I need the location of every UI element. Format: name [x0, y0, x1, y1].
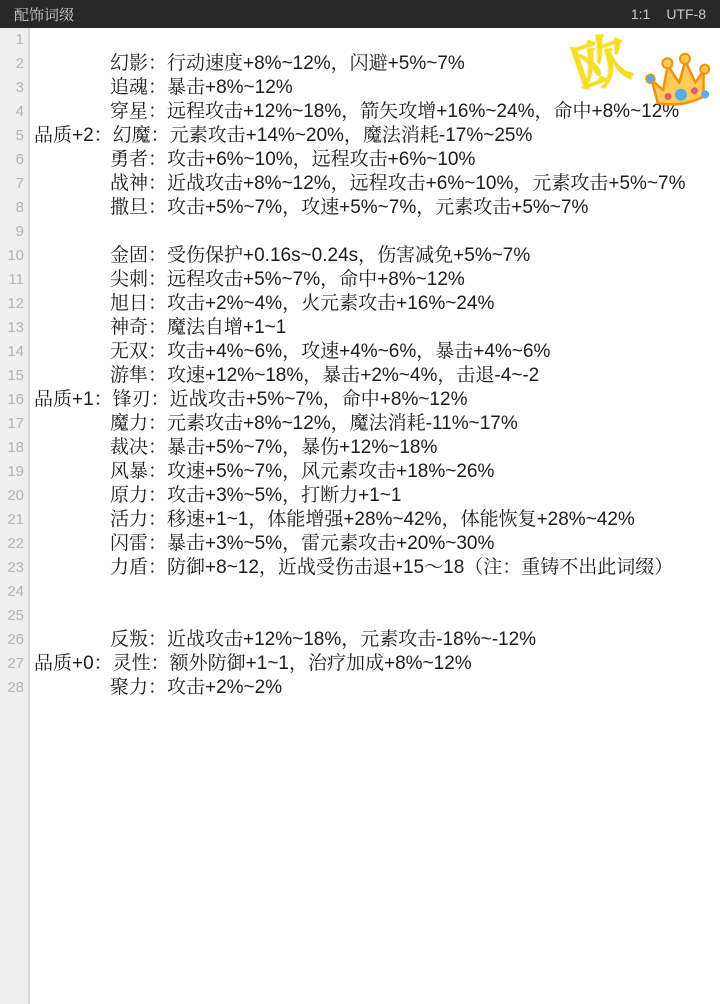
editor-line: 17 魔力：元素攻击+8%~12%，魔法消耗-11%~17%: [0, 412, 720, 436]
line-number: 20: [0, 484, 28, 508]
editor-line: 3 追魂：暴击+8%~12%: [0, 76, 720, 100]
editor-line: 11 尖刺：远程攻击+5%~7%，命中+8%~12%: [0, 268, 720, 292]
line-number: 11: [0, 268, 28, 292]
editor-lines: 1 2 幻影：行动速度+8%~12%，闪避+5%~7% 3 追魂：暴击+8%~1…: [0, 28, 720, 700]
line-number: 9: [0, 220, 28, 244]
line-number: 19: [0, 460, 28, 484]
editor-line: 22 闪雷：暴击+3%~5%，雷元素攻击+20%~30%: [0, 532, 720, 556]
editor-line: 1: [0, 28, 720, 52]
editor-line: 24: [0, 580, 720, 604]
editor-line: 25: [0, 604, 720, 628]
line-text: 裁决：暴击+5%~7%，暴伤+12%~18%: [28, 436, 437, 460]
line-text: 品质+1：锋刃：近战攻击+5%~7%，命中+8%~12%: [28, 388, 467, 412]
line-number: 18: [0, 436, 28, 460]
editor-line: 13 神奇：魔法自增+1~1: [0, 316, 720, 340]
line-number: 8: [0, 196, 28, 220]
editor-line: 21 活力：移速+1~1，体能增强+28%~42%，体能恢复+28%~42%: [0, 508, 720, 532]
editor-line: 12 旭日：攻击+2%~4%，火元素攻击+16%~24%: [0, 292, 720, 316]
editor-line: 5 品质+2：幻魔：元素攻击+14%~20%，魔法消耗-17%~25%: [0, 124, 720, 148]
line-text: 神奇：魔法自增+1~1: [28, 316, 286, 340]
line-number: 10: [0, 244, 28, 268]
line-number: 25: [0, 604, 28, 628]
line-text: 游隼：攻速+12%~18%，暴击+2%~4%，击退-4~-2: [28, 364, 539, 388]
editor-line: 27 品质+0：灵性：额外防御+1~1，治疗加成+8%~12%: [0, 652, 720, 676]
line-number: 6: [0, 148, 28, 172]
line-text: 魔力：元素攻击+8%~12%，魔法消耗-11%~17%: [28, 412, 518, 436]
titlebar: 配饰词缀 1:1 UTF-8: [0, 0, 720, 28]
line-text: 战神：近战攻击+8%~12%，远程攻击+6%~10%，元素攻击+5%~7%: [28, 172, 685, 196]
line-text: 无双：攻击+4%~6%，攻速+4%~6%，暴击+4%~6%: [28, 340, 550, 364]
editor-line: 9: [0, 220, 720, 244]
cursor-position-indicator: 1:1: [631, 6, 650, 22]
editor-line: 7 战神：近战攻击+8%~12%，远程攻击+6%~10%，元素攻击+5%~7%: [0, 172, 720, 196]
line-text: 风暴：攻速+5%~7%，风元素攻击+18%~26%: [28, 460, 494, 484]
line-number: 16: [0, 388, 28, 412]
line-number: 4: [0, 100, 28, 124]
line-text: 撒旦：攻击+5%~7%，攻速+5%~7%，元素攻击+5%~7%: [28, 196, 588, 220]
editor-line: 26 反叛：近战攻击+12%~18%，元素攻击-18%~-12%: [0, 628, 720, 652]
editor-line: 8 撒旦：攻击+5%~7%，攻速+5%~7%，元素攻击+5%~7%: [0, 196, 720, 220]
line-number: 21: [0, 508, 28, 532]
line-text: [28, 580, 34, 604]
editor-line: 14 无双：攻击+4%~6%，攻速+4%~6%，暴击+4%~6%: [0, 340, 720, 364]
line-text: 闪雷：暴击+3%~5%，雷元素攻击+20%~30%: [28, 532, 494, 556]
line-text: 活力：移速+1~1，体能增强+28%~42%，体能恢复+28%~42%: [28, 508, 635, 532]
status-indicators: 1:1 UTF-8: [631, 6, 706, 22]
editor-line: 28 聚力：攻击+2%~2%: [0, 676, 720, 700]
line-text: [28, 604, 34, 628]
line-number: 14: [0, 340, 28, 364]
line-number: 1: [0, 28, 28, 52]
line-text: 金固：受伤保护+0.16s~0.24s，伤害减免+5%~7%: [28, 244, 530, 268]
line-number: 17: [0, 412, 28, 436]
line-number: 5: [0, 124, 28, 148]
editor-line: 18 裁决：暴击+5%~7%，暴伤+12%~18%: [0, 436, 720, 460]
editor-area[interactable]: 1 2 幻影：行动速度+8%~12%，闪避+5%~7% 3 追魂：暴击+8%~1…: [0, 28, 720, 1004]
encoding-indicator: UTF-8: [666, 6, 706, 22]
editor-line: 2 幻影：行动速度+8%~12%，闪避+5%~7%: [0, 52, 720, 76]
line-number: 26: [0, 628, 28, 652]
line-text: 尖刺：远程攻击+5%~7%，命中+8%~12%: [28, 268, 465, 292]
line-number: 12: [0, 292, 28, 316]
line-number: 13: [0, 316, 28, 340]
line-number: 22: [0, 532, 28, 556]
line-text: 原力：攻击+3%~5%，打断力+1~1: [28, 484, 401, 508]
line-text: 力盾：防御+8~12，近战受伤击退+15～18（注：重铸不出此词缀）: [28, 556, 673, 580]
line-text: 幻影：行动速度+8%~12%，闪避+5%~7%: [28, 52, 465, 76]
line-text: 品质+0：灵性：额外防御+1~1，治疗加成+8%~12%: [28, 652, 472, 676]
editor-line: 20 原力：攻击+3%~5%，打断力+1~1: [0, 484, 720, 508]
line-text: 穿星：远程攻击+12%~18%，箭矢攻增+16%~24%，命中+8%~12%: [28, 100, 679, 124]
line-number: 7: [0, 172, 28, 196]
editor-line: 16 品质+1：锋刃：近战攻击+5%~7%，命中+8%~12%: [0, 388, 720, 412]
line-number: 27: [0, 652, 28, 676]
line-text: 勇者：攻击+6%~10%，远程攻击+6%~10%: [28, 148, 475, 172]
editor-line: 4 穿星：远程攻击+12%~18%，箭矢攻增+16%~24%，命中+8%~12%: [0, 100, 720, 124]
text-editor-app: 配饰词缀 1:1 UTF-8 1 2 幻影：行动速度+8%~12%，闪避+5%~…: [0, 0, 720, 1004]
line-number: 28: [0, 676, 28, 700]
line-number: 2: [0, 52, 28, 76]
line-text: 反叛：近战攻击+12%~18%，元素攻击-18%~-12%: [28, 628, 536, 652]
line-text: [28, 28, 34, 52]
line-number: 3: [0, 76, 28, 100]
editor-line: 6 勇者：攻击+6%~10%，远程攻击+6%~10%: [0, 148, 720, 172]
line-text: [28, 220, 34, 244]
editor-line: 23 力盾：防御+8~12，近战受伤击退+15～18（注：重铸不出此词缀）: [0, 556, 720, 580]
line-text: 旭日：攻击+2%~4%，火元素攻击+16%~24%: [28, 292, 494, 316]
editor-line: 19 风暴：攻速+5%~7%，风元素攻击+18%~26%: [0, 460, 720, 484]
line-number: 24: [0, 580, 28, 604]
line-text: 品质+2：幻魔：元素攻击+14%~20%，魔法消耗-17%~25%: [28, 124, 532, 148]
editor-line: 10 金固：受伤保护+0.16s~0.24s，伤害减免+5%~7%: [0, 244, 720, 268]
document-title: 配饰词缀: [14, 4, 74, 25]
line-text: 聚力：攻击+2%~2%: [28, 676, 282, 700]
line-text: 追魂：暴击+8%~12%: [28, 76, 293, 100]
editor-line: 15 游隼：攻速+12%~18%，暴击+2%~4%，击退-4~-2: [0, 364, 720, 388]
line-number: 23: [0, 556, 28, 580]
line-number: 15: [0, 364, 28, 388]
